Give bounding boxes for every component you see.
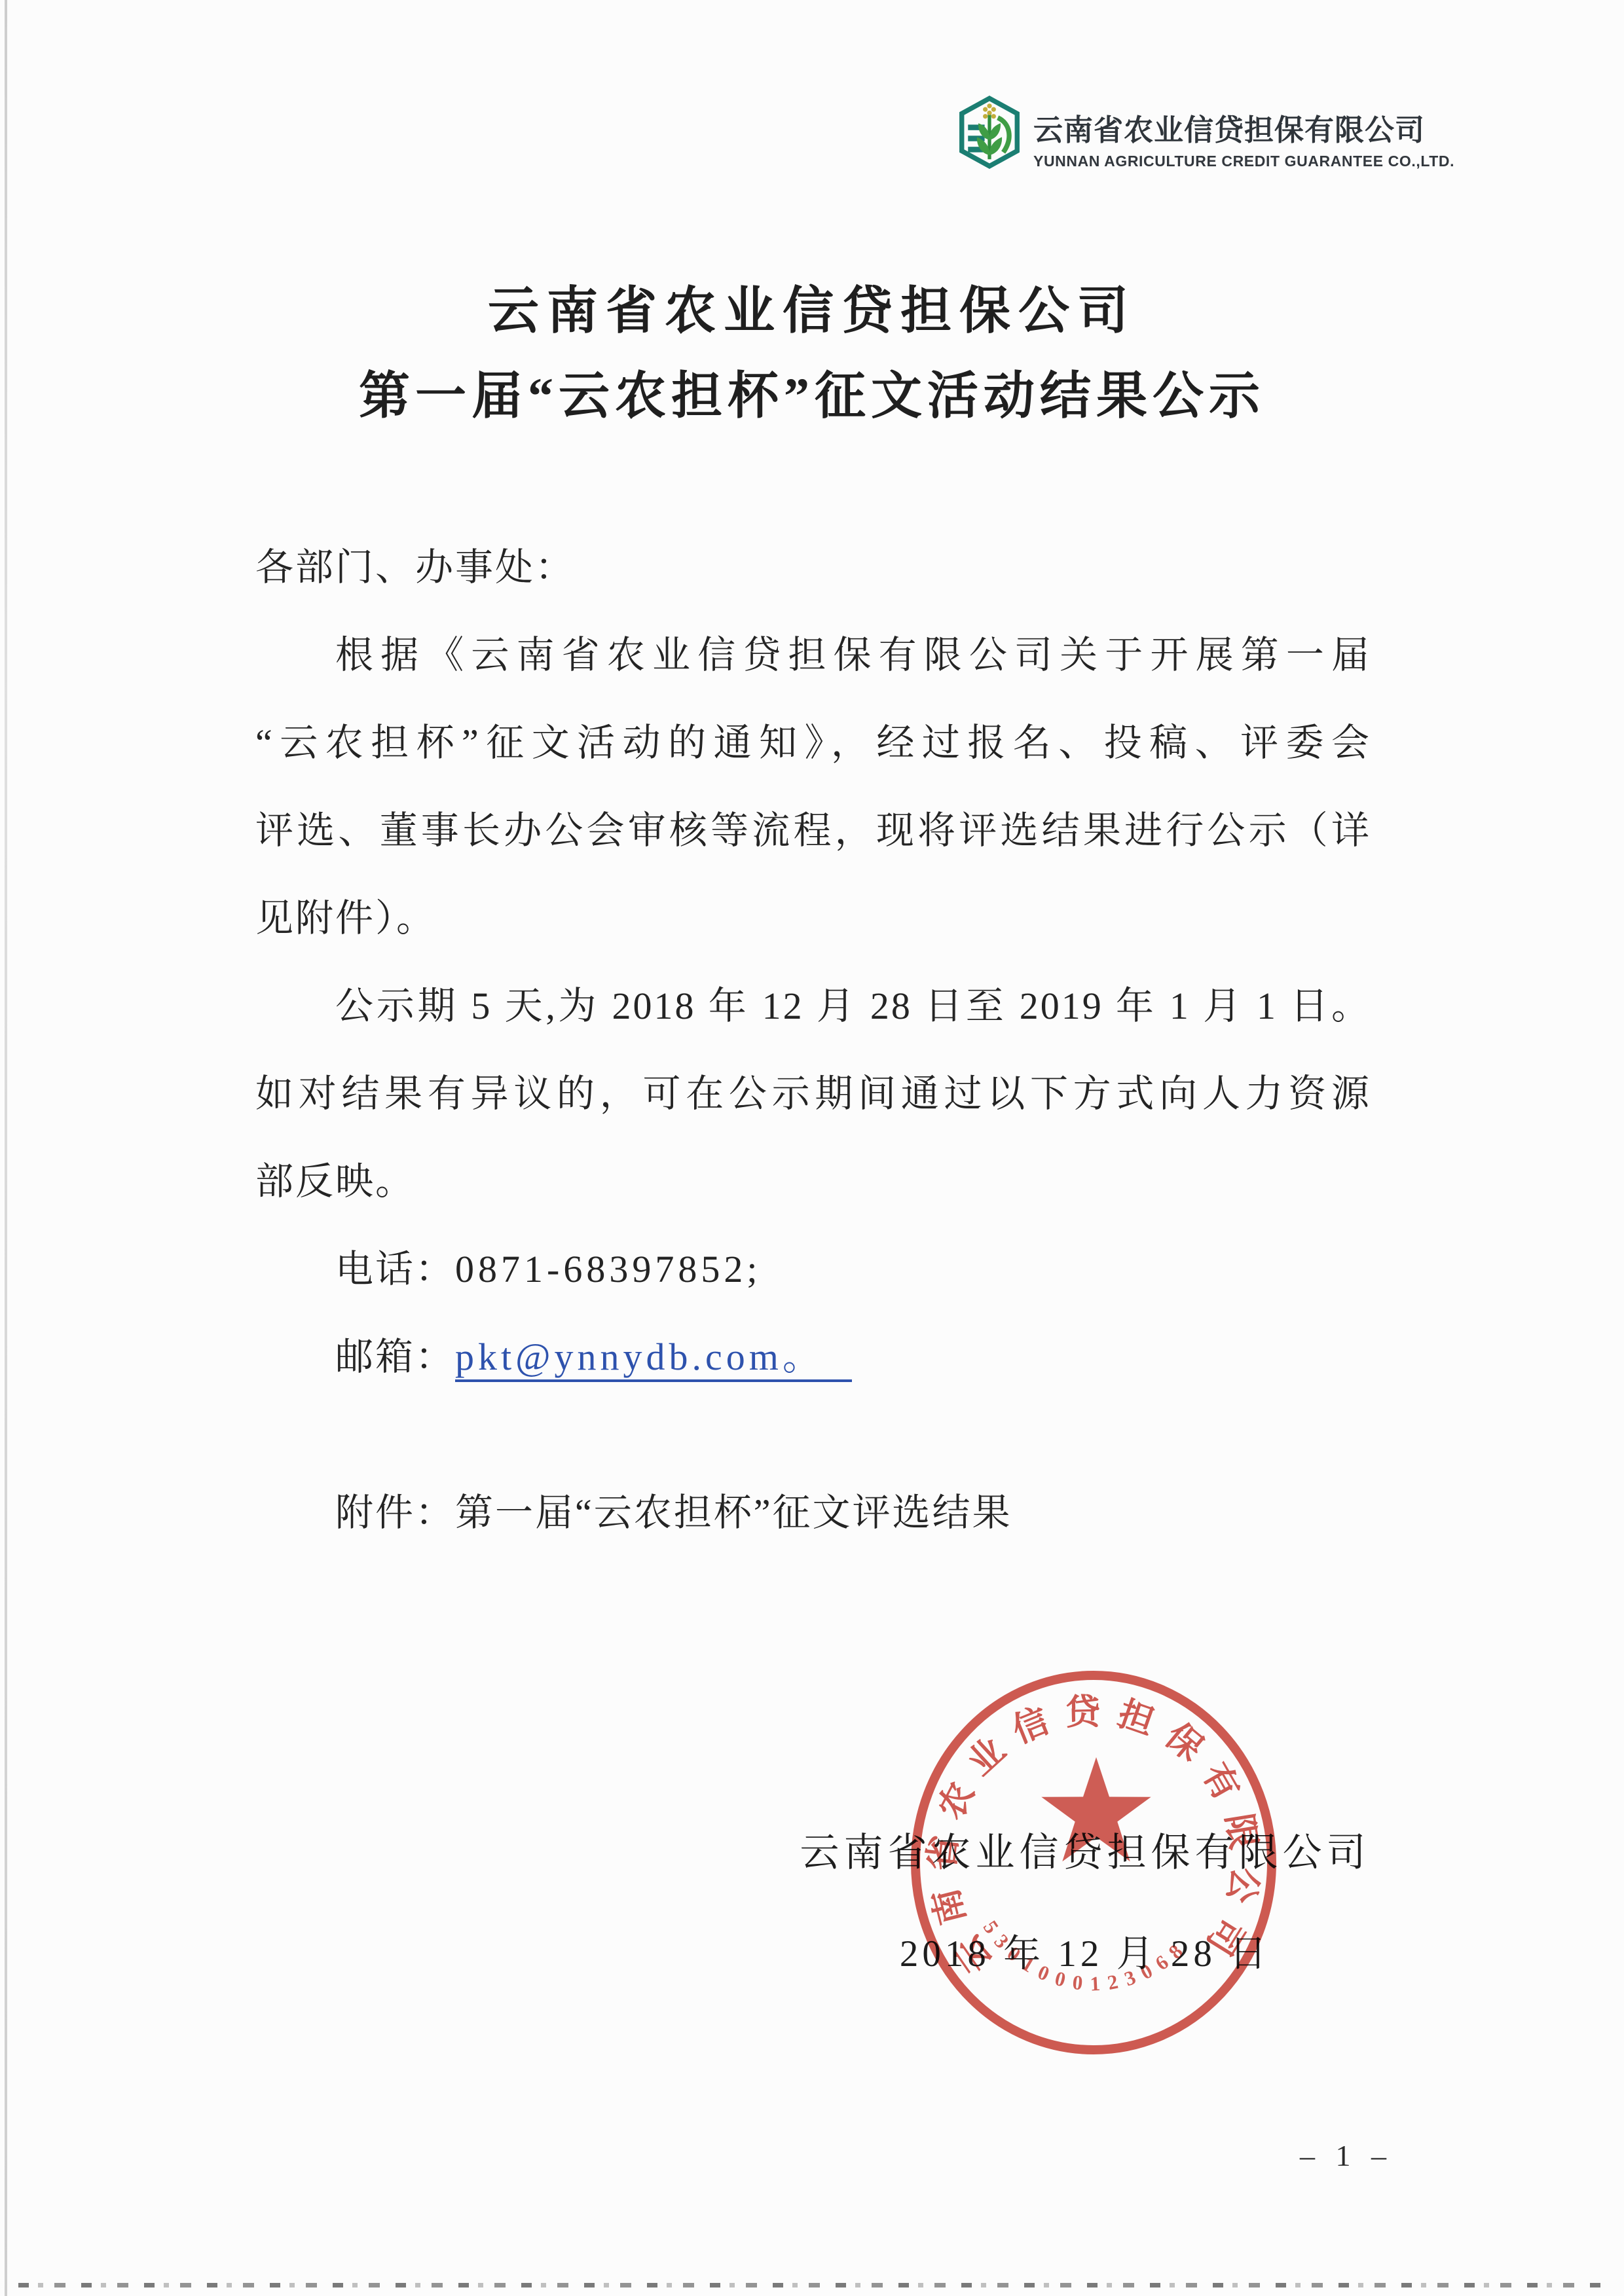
document-title: 云南省农业信贷担保公司 第一届“云农担杯”征文活动结果公示 [0, 283, 1624, 424]
seal-star-icon [1041, 1757, 1151, 1861]
document-body: 各部门、办事处： 根据《云南省农业信贷担保有限公司关于开展第一届 “云农担杯”征… [255, 524, 1371, 1557]
phone-line: 电话：0871-68397852; [255, 1226, 1371, 1313]
phone-label: 电话： [335, 1248, 455, 1290]
logo-company-name-en: YUNNAN AGRICULTURE CREDIT GUARANTEE CO.,… [1033, 153, 1454, 170]
official-red-seal-stamp: 云南省农业信贷担保有限公司 5301000123068 [897, 1663, 1290, 2064]
page-number: – 1 – [1300, 2138, 1393, 2173]
logo-text-block: 云南省农业信贷担保有限公司 YUNNAN AGRICULTURE CREDIT … [1033, 96, 1454, 170]
attachment-line: 附件：第一届“云农担杯”征文评选结果 [255, 1469, 1371, 1557]
company-logo: 云南省农业信贷担保有限公司 YUNNAN AGRICULTURE CREDIT … [955, 96, 1454, 170]
email-line: 邮箱：pkt@ynnydb.com。 [255, 1313, 1371, 1401]
hexagon-wheat-logo-icon [955, 96, 1024, 169]
paragraph2-line2: 如对结果有异议的，可在公示期间通过以下方式向人力资源 [255, 1050, 1371, 1138]
logo-company-name-zh: 云南省农业信贷担保有限公司 [1033, 106, 1454, 149]
paragraph2-line3: 部反映。 [255, 1138, 1371, 1226]
paragraph1-line3: 评选、董事长办公会审核等流程，现将评选结果进行公示（详 [255, 787, 1371, 875]
document-title-line2: 第一届“云农担杯”征文活动结果公示 [0, 368, 1624, 424]
scan-artifact-bottom-speckles [18, 2283, 1603, 2287]
paragraph1-line2: “云农担杯”征文活动的通知》，经过报名、投稿、评委会 [255, 699, 1371, 787]
paragraph1-line4: 见附件）。 [255, 875, 1371, 962]
paragraph2-line1: 公示期 5 天,为 2018 年 12 月 28 日至 2019 年 1 月 1… [255, 962, 1371, 1050]
phone-number: 0871-68397852; [455, 1248, 761, 1290]
salutation: 各部门、办事处： [255, 524, 1371, 611]
seal-serial-number: 5301000123068 [979, 1916, 1193, 1995]
email-label: 邮箱： [335, 1336, 455, 1378]
document-page: 云南省农业信贷担保有限公司 YUNNAN AGRICULTURE CREDIT … [0, 0, 1624, 2296]
paragraph1-line1: 根据《云南省农业信贷担保有限公司关于开展第一届 [255, 611, 1371, 699]
email-link[interactable]: pkt@ynnydb.com。 [455, 1336, 852, 1382]
document-title-line1: 云南省农业信贷担保公司 [0, 283, 1624, 339]
